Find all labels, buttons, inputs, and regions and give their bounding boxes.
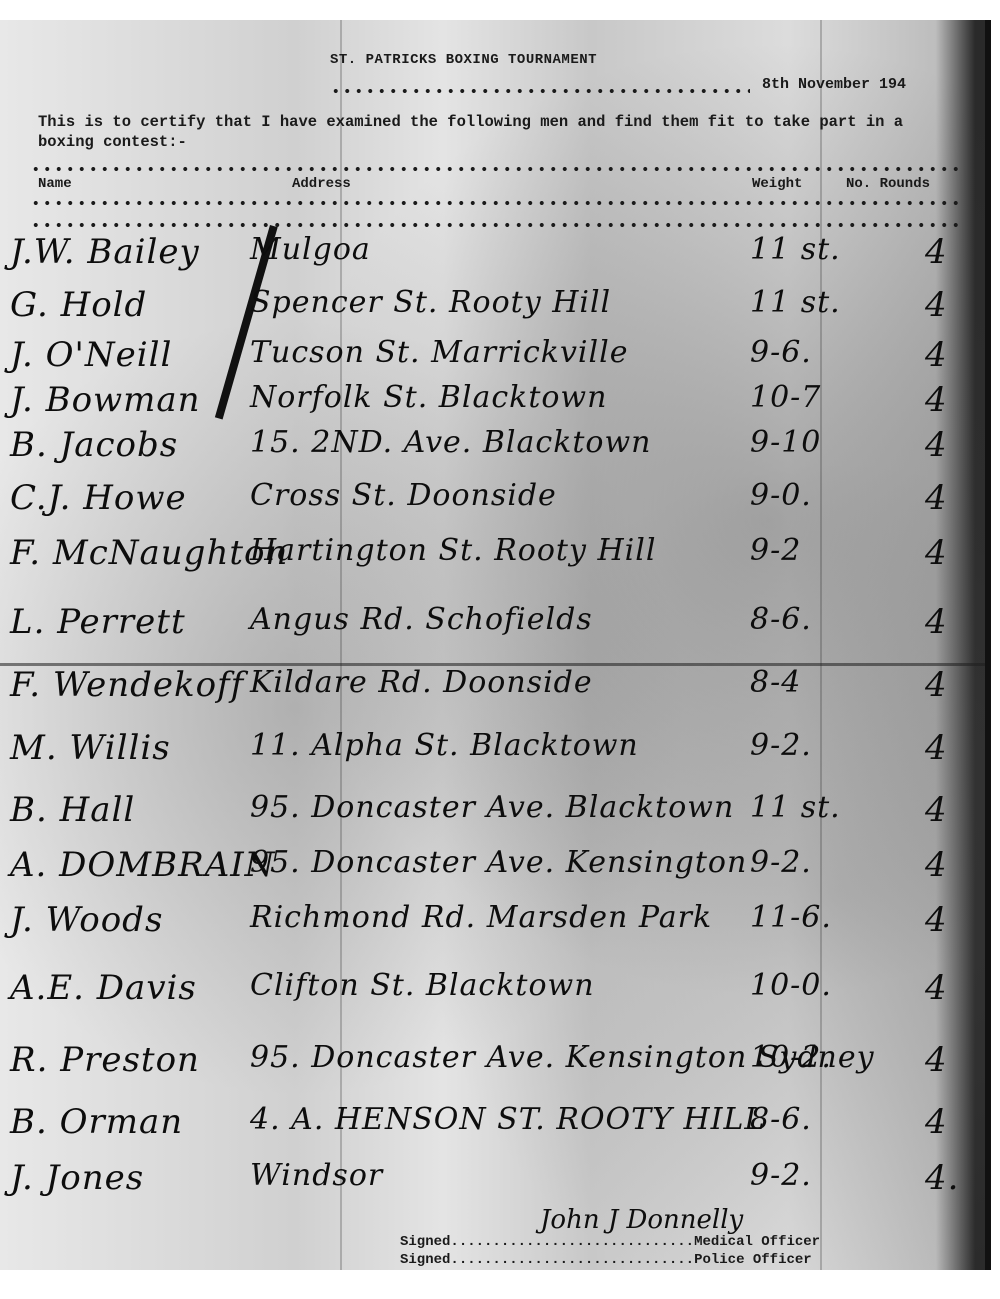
entry-name: M. Willis bbox=[10, 728, 171, 768]
column-header-rounds: No. Rounds bbox=[846, 176, 930, 192]
column-header-address: Address bbox=[292, 176, 351, 192]
table-row: C.J. HoweCross St. Doonside9-0.4 bbox=[0, 478, 985, 534]
entry-rounds: 4 bbox=[925, 790, 948, 830]
entry-rounds: 4. bbox=[925, 1158, 959, 1198]
entry-address: Hartington St. Rooty Hill bbox=[250, 533, 656, 568]
entry-weight: 8-6. bbox=[750, 1102, 812, 1137]
entry-weight: 11 st. bbox=[750, 790, 841, 825]
document-title: ST. PATRICKS BOXING TOURNAMENT bbox=[330, 52, 597, 68]
entry-weight: 11 st. bbox=[750, 285, 841, 320]
entry-weight: 11-6. bbox=[750, 900, 832, 935]
table-row: J. JonesWindsor9-2.4. bbox=[0, 1158, 985, 1214]
entry-name: J. Bowman bbox=[10, 380, 201, 420]
entry-rounds: 4 bbox=[925, 728, 948, 768]
entry-weight: 8-6. bbox=[750, 602, 812, 637]
table-row: B. Orman4. A. HENSON ST. ROOTY HILL8-6.4 bbox=[0, 1102, 985, 1158]
entry-name: B. Jacobs bbox=[10, 425, 178, 465]
entry-weight: 9-2 bbox=[750, 533, 801, 568]
entry-address: Kildare Rd. Doonside bbox=[250, 665, 593, 700]
entry-name: A.E. Davis bbox=[10, 968, 197, 1008]
entry-address: Spencer St. Rooty Hill bbox=[250, 285, 611, 320]
entry-address: Norfolk St. Blacktown bbox=[250, 380, 607, 415]
column-header-weight: Weight bbox=[752, 176, 802, 192]
table-row: B. Jacobs15. 2ND. Ave. Blacktown9-104 bbox=[0, 425, 985, 481]
entry-address: 15. 2ND. Ave. Blacktown bbox=[250, 425, 652, 460]
entry-rounds: 4 bbox=[925, 533, 948, 573]
entry-address: Clifton St. Blacktown bbox=[250, 968, 595, 1003]
entry-address: 4. A. HENSON ST. ROOTY HILL bbox=[250, 1102, 765, 1137]
signature-role: Police Officer bbox=[694, 1252, 812, 1268]
entry-name: J. Jones bbox=[10, 1158, 144, 1198]
entry-weight: 9-10 bbox=[750, 425, 821, 460]
table-row: A.E. DavisClifton St. Blacktown10-0.4 bbox=[0, 968, 985, 1024]
divider bbox=[30, 222, 965, 228]
entry-address: Angus Rd. Schofields bbox=[250, 602, 593, 637]
entry-rounds: 4 bbox=[925, 665, 948, 705]
table-row: F. WendekoffKildare Rd. Doonside8-44 bbox=[0, 665, 985, 721]
entry-rounds: 4 bbox=[925, 968, 948, 1008]
table-row: L. PerrettAngus Rd. Schofields8-6.4 bbox=[0, 602, 985, 658]
entry-address: Richmond Rd. Marsden Park bbox=[250, 900, 712, 935]
entry-name: G. Hold bbox=[10, 285, 147, 325]
entry-rounds: 4 bbox=[925, 232, 948, 272]
table-row: M. Willis11. Alpha St. Blacktown9-2.4 bbox=[0, 728, 985, 784]
entry-rounds: 4 bbox=[925, 900, 948, 940]
entry-address: 95. Doncaster Ave. Blacktown bbox=[250, 790, 734, 825]
entry-weight: 10-7 bbox=[750, 380, 821, 415]
entry-name: R. Preston bbox=[10, 1040, 200, 1080]
table-row: J. WoodsRichmond Rd. Marsden Park11-6.4 bbox=[0, 900, 985, 956]
entry-weight: 10-0. bbox=[750, 968, 832, 1003]
entry-name: B. Hall bbox=[10, 790, 135, 830]
table-row: F. McNaughtonHartington St. Rooty Hill9-… bbox=[0, 533, 985, 589]
signature-dots: ............................. bbox=[450, 1234, 694, 1250]
entry-name: F. McNaughton bbox=[10, 533, 288, 573]
entry-address: 95. Doncaster Ave. Kensington bbox=[250, 845, 747, 880]
entry-address: Windsor bbox=[250, 1158, 383, 1193]
entry-weight: 10-2. bbox=[750, 1040, 832, 1075]
signature-scrawl: John J Donnelly bbox=[540, 1205, 743, 1235]
divider bbox=[330, 88, 750, 94]
signature-role: Medical Officer bbox=[694, 1234, 820, 1250]
signature-line-police: Signed.............................Polic… bbox=[400, 1252, 812, 1268]
certification-text: This is to certify that I have examined … bbox=[38, 112, 918, 152]
entry-rounds: 4 bbox=[925, 285, 948, 325]
divider bbox=[30, 166, 965, 172]
entry-rounds: 4 bbox=[925, 845, 948, 885]
signature-dots: ............................. bbox=[450, 1252, 694, 1268]
entry-name: F. Wendekoff bbox=[10, 665, 244, 705]
signature-label: Signed bbox=[400, 1252, 450, 1268]
signature-line-medical: Signed.............................Medic… bbox=[400, 1234, 820, 1250]
entry-address: 11. Alpha St. Blacktown bbox=[250, 728, 639, 763]
table-row: A. DOMBRAIN95. Doncaster Ave. Kensington… bbox=[0, 845, 985, 901]
entry-address: Mulgoa bbox=[250, 232, 371, 267]
entry-weight: 8-4 bbox=[750, 665, 801, 700]
entry-name: B. Orman bbox=[10, 1102, 183, 1142]
entry-weight: 9-6. bbox=[750, 335, 812, 370]
table-row: J.W. BaileyMulgoa11 st.4 bbox=[0, 232, 985, 288]
entry-address: Tucson St. Marrickville bbox=[250, 335, 628, 370]
entry-rounds: 4 bbox=[925, 1102, 948, 1142]
entry-weight: 9-2. bbox=[750, 728, 812, 763]
entry-rounds: 4 bbox=[925, 335, 948, 375]
table-row: B. Hall95. Doncaster Ave. Blacktown11 st… bbox=[0, 790, 985, 846]
entry-rounds: 4 bbox=[925, 380, 948, 420]
entry-name: A. DOMBRAIN bbox=[10, 845, 275, 885]
table-row: G. HoldSpencer St. Rooty Hill11 st.4 bbox=[0, 285, 985, 341]
column-header-name: Name bbox=[38, 176, 72, 192]
signature-label: Signed bbox=[400, 1234, 450, 1250]
entry-name: J.W. Bailey bbox=[10, 232, 200, 272]
entry-rounds: 4 bbox=[925, 602, 948, 642]
entry-rounds: 4 bbox=[925, 1040, 948, 1080]
entry-rounds: 4 bbox=[925, 425, 948, 465]
entry-name: C.J. Howe bbox=[10, 478, 187, 518]
entry-weight: 11 st. bbox=[750, 232, 841, 267]
entry-address: Cross St. Doonside bbox=[250, 478, 557, 513]
document-date: 8th November 194 bbox=[762, 76, 906, 93]
entry-rounds: 4 bbox=[925, 478, 948, 518]
entry-weight: 9-2. bbox=[750, 845, 812, 880]
divider bbox=[30, 200, 965, 206]
entry-name: L. Perrett bbox=[10, 602, 186, 642]
table-row: R. Preston95. Doncaster Ave. Kensington … bbox=[0, 1040, 985, 1096]
entry-weight: 9-0. bbox=[750, 478, 812, 513]
entry-name: J. Woods bbox=[10, 900, 163, 940]
entry-name: J. O'Neill bbox=[10, 335, 172, 375]
entry-weight: 9-2. bbox=[750, 1158, 812, 1193]
